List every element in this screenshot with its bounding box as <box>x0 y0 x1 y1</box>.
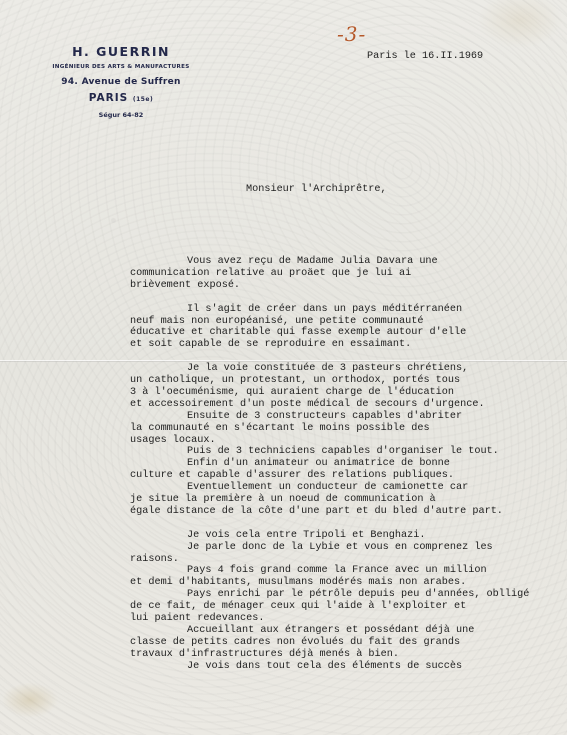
letter-line: culture et capable d'assurer des relatio… <box>130 470 529 482</box>
letter-line: Puis de 3 techniciens capables d'organis… <box>130 446 529 458</box>
letter-date: Paris le 16.II.1969 <box>367 51 483 62</box>
letter-line: usages locaux. <box>130 435 529 447</box>
letter-line: 3 à l'oecuménisme, qui auraient charge d… <box>130 387 529 399</box>
letterhead-name: H. GUERRIN <box>40 44 202 60</box>
handwritten-page-number: -3- <box>337 22 366 46</box>
letter-line: égale distance de la côte d'une part et … <box>130 506 529 518</box>
letter-body: Vous avez reçu de Madame Julia Davara un… <box>130 256 529 673</box>
letter-line: Eventuellement un conducteur de camionet… <box>130 482 529 494</box>
letter-line: lui paient redevances. <box>130 613 529 625</box>
letterhead-title: Ingénieur des Arts & Manufactures <box>40 60 202 74</box>
letter-line: neuf mais non européanisé, une petite co… <box>130 316 529 328</box>
letterhead-city-line: PARIS (15e) <box>40 90 202 108</box>
letter-line: un catholique, un protestant, un orthodo… <box>130 375 529 387</box>
letter-line: Accueillant aux étrangers et possédant d… <box>130 625 529 637</box>
letter-line: classe de petits cadres non évolués du f… <box>130 637 529 649</box>
letter-line: Je vois cela entre Tripoli et Benghazi. <box>130 530 529 542</box>
letter-line: Je parle donc de la Lybie et vous en com… <box>130 542 529 554</box>
letter-line: brièvement exposé. <box>130 280 529 292</box>
letter-line: de ce fait, de ménager ceux qui l'aide à… <box>130 601 529 613</box>
letter-line: la communauté en s'écartant le moins pos… <box>130 423 529 435</box>
letterhead-city: PARIS <box>89 92 128 104</box>
paragraph-gap <box>130 351 529 363</box>
letter-line: Pays 4 fois grand comme la France avec u… <box>130 565 529 577</box>
letter-line: Ensuite de 3 constructeurs capables d'ab… <box>130 411 529 423</box>
letter-line: travaux d'infrastructures déjà menés à b… <box>130 649 529 661</box>
letterhead-arrondissement: (15e) <box>133 96 153 103</box>
letter-line: Pays enrichi par le pétrôle depuis peu d… <box>130 589 529 601</box>
letter-line: Je la voie constituée de 3 pasteurs chré… <box>130 363 529 375</box>
letter-line: Enfin d'un animateur ou animatrice de bo… <box>130 458 529 470</box>
letter-line: communication relative au proäet que je … <box>130 268 529 280</box>
letterhead-phone: Ségur 64-82 <box>40 108 202 122</box>
letter-line: et soit capable de se reproduire en essa… <box>130 339 529 351</box>
letterhead: H. GUERRIN Ingénieur des Arts & Manufact… <box>40 44 202 122</box>
paragraph-gap <box>130 518 529 530</box>
paragraph-gap <box>130 292 529 304</box>
letter-line: et accessoirement d'un poste médical de … <box>130 399 529 411</box>
letter-line: raisons. <box>130 554 529 566</box>
letterhead-address: 94. Avenue de Suffren <box>40 74 202 90</box>
letter-line: Vous avez reçu de Madame Julia Davara un… <box>130 256 529 268</box>
letter-line: je situe la première à un noeud de commu… <box>130 494 529 506</box>
letter-line: éducative et charitable qui fasse exempl… <box>130 327 529 339</box>
letter-line: et demi d'habitants, musulmans modérés m… <box>130 577 529 589</box>
letter-line: Je vois dans tout cela des éléments de s… <box>130 661 529 673</box>
letter-line: Il s'agit de créer dans un pays méditérr… <box>130 304 529 316</box>
letter-salutation: Monsieur l'Archiprêtre, <box>246 184 387 195</box>
